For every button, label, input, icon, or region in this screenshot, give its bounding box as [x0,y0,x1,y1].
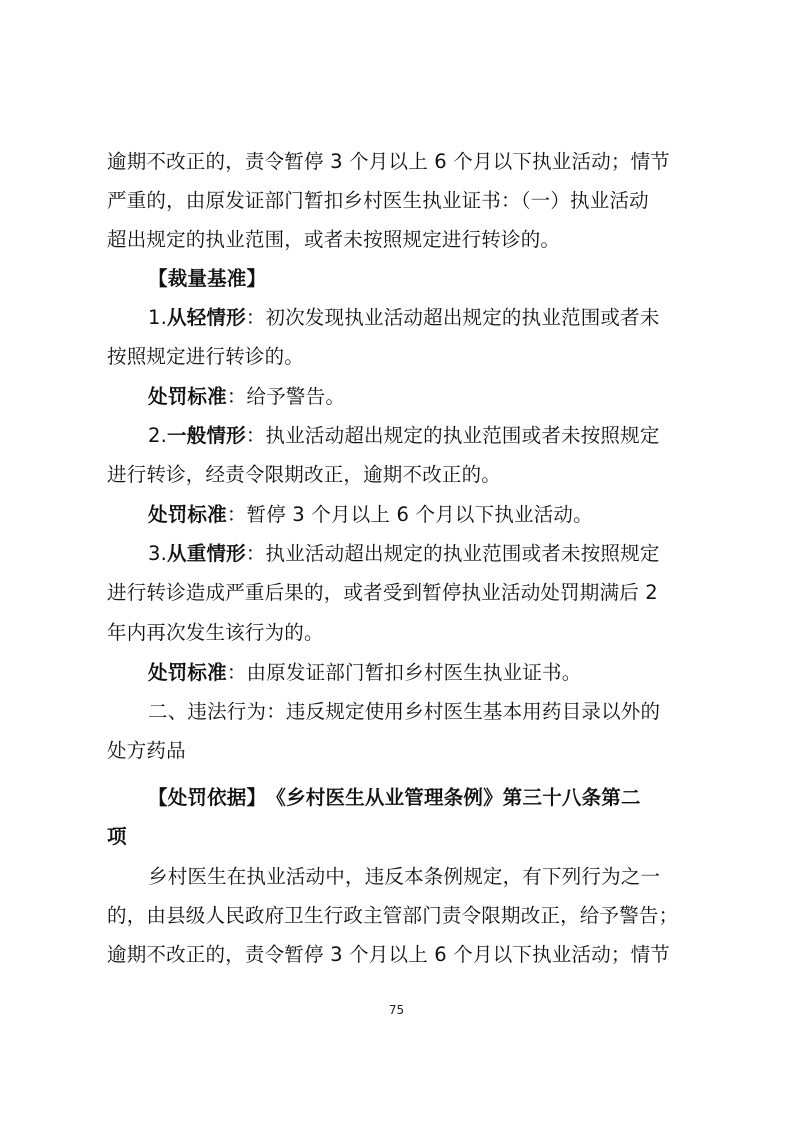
penalty-label: 处罚标准 [148,503,227,526]
penalty-text: ：给予警告。 [227,385,345,408]
text-line: 逾期不改正的，责令暂停 3 个月以上 6 个月以下执业活动；情节 [107,149,693,175]
text-line: 乡村医生在执业活动中，违反本条例规定，有下列行为之一 [148,864,734,890]
item-label: 从轻情形 [167,306,246,329]
item-label: 一般情形 [167,424,246,447]
item-number: 2. [148,424,167,447]
text-line: 逾期不改正的，责令暂停 3 个月以上 6 个月以下执业活动；情节 [107,942,693,968]
penalty-label: 处罚标准 [148,661,227,684]
text-line: 3.从重情形：执业活动超出规定的执业范围或者未按照规定 [148,541,734,567]
item-number: 3. [148,542,167,565]
text-line: 严重的，由原发证部门暂扣乡村医生执业证书：（一）执业活动 [107,188,693,214]
text-line: 二、违法行为：违反规定使用乡村医生基本用药目录以外的 [148,699,734,725]
text-line: 进行转诊造成严重后果的，或者受到暂停执业活动处罚期满后 2 [107,580,693,606]
item-text: ：执业活动超出规定的执业范围或者未按照规定 [246,424,660,447]
document-page: 逾期不改正的，责令暂停 3 个月以上 6 个月以下执业活动；情节 严重的，由原发… [0,0,793,1122]
item-label: 从重情形 [167,542,246,565]
section-heading-basis-cont: 项 [107,824,693,850]
text-line: 处罚标准：暂停 3 个月以上 6 个月以下执业活动。 [148,502,734,528]
text-line: 年内再次发生该行为的。 [107,620,693,646]
text-line: 1.从轻情形：初次发现执业活动超出规定的执业范围或者未 [148,305,734,331]
page-number: 75 [0,1003,793,1017]
text-line: 进行转诊，经责令限期改正，逾期不改正的。 [107,462,693,488]
section-heading-basis: 【处罚依据】 《乡村医生从业管理条例》第三十八条第二 [148,785,734,811]
item-text: ：初次发现执业活动超出规定的执业范围或者未 [246,306,660,329]
penalty-text: ：暂停 3 个月以上 6 个月以下执业活动。 [227,503,593,526]
section-heading-discretion: 【裁量基准】 [148,266,734,292]
item-number: 1. [148,306,167,329]
text-line: 的，由县级人民政府卫生行政主管部门责令限期改正，给予警告； [107,903,693,929]
text-line: 处方药品 [107,738,693,764]
text-line: 按照规定进行转诊的。 [107,344,693,370]
text-line: 2.一般情形：执业活动超出规定的执业范围或者未按照规定 [148,423,734,449]
text-line: 处罚标准：由原发证部门暂扣乡村医生执业证书。 [148,660,734,686]
penalty-text: ：由原发证部门暂扣乡村医生执业证书。 [227,661,582,684]
item-text: ：执业活动超出规定的执业范围或者未按照规定 [246,542,660,565]
text-line: 处罚标准：给予警告。 [148,384,734,410]
text-line: 超出规定的执业范围，或者未按照规定进行转诊的。 [107,227,693,253]
penalty-label: 处罚标准 [148,385,227,408]
